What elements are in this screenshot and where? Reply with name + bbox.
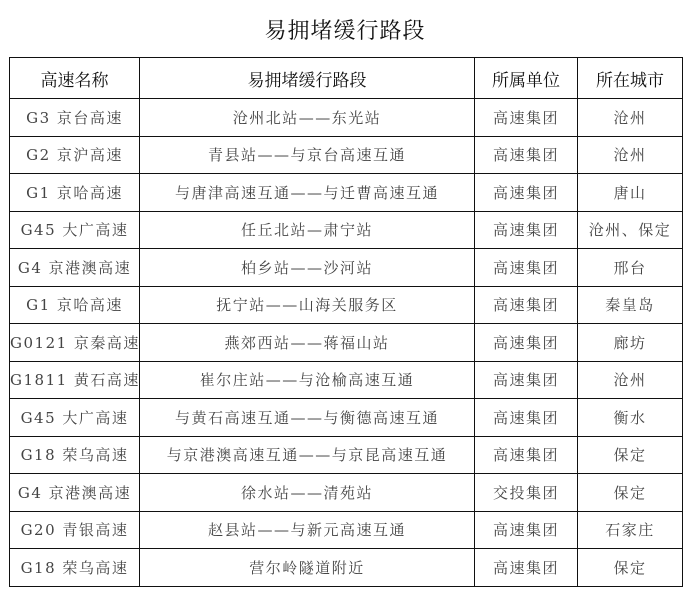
header-section: 易拥堵缓行路段	[140, 58, 475, 99]
table-row: G4 京港澳高速柏乡站——沙河站高速集团邢台	[10, 249, 683, 287]
section-cell: 与黄石高速互通——与衡德高速互通	[140, 399, 475, 437]
table-header-row: 高速名称 易拥堵缓行路段 所属单位 所在城市	[10, 58, 683, 99]
city-cell: 沧州	[578, 361, 683, 399]
table-row: G1 京哈高速与唐津高速互通——与迁曹高速互通高速集团唐山	[10, 174, 683, 212]
unit-cell: 交投集团	[475, 474, 578, 512]
road-name-cell: G4 京港澳高速	[10, 474, 140, 512]
section-cell: 任丘北站—肃宁站	[140, 211, 475, 249]
header-city: 所在城市	[578, 58, 683, 99]
section-cell: 崔尔庄站——与沧榆高速互通	[140, 361, 475, 399]
table-row: G1811 黄石高速崔尔庄站——与沧榆高速互通高速集团沧州	[10, 361, 683, 399]
unit-cell: 高速集团	[475, 549, 578, 587]
city-cell: 保定	[578, 436, 683, 474]
road-name-cell: G1 京哈高速	[10, 174, 140, 212]
city-cell: 保定	[578, 474, 683, 512]
road-name-cell: G1 京哈高速	[10, 286, 140, 324]
unit-cell: 高速集团	[475, 361, 578, 399]
table-row: G2 京沪高速青县站——与京台高速互通高速集团沧州	[10, 136, 683, 174]
city-cell: 唐山	[578, 174, 683, 212]
section-cell: 徐水站——清苑站	[140, 474, 475, 512]
table-row: G45 大广高速与黄石高速互通——与衡德高速互通高速集团衡水	[10, 399, 683, 437]
road-name-cell: G3 京台高速	[10, 99, 140, 137]
road-name-cell: G4 京港澳高速	[10, 249, 140, 287]
section-cell: 与唐津高速互通——与迁曹高速互通	[140, 174, 475, 212]
table-row: G20 青银高速赵县站——与新元高速互通高速集团石家庄	[10, 511, 683, 549]
road-name-cell: G45 大广高速	[10, 211, 140, 249]
header-road-name: 高速名称	[10, 58, 140, 99]
table-row: G3 京台高速沧州北站——东光站高速集团沧州	[10, 99, 683, 137]
city-cell: 沧州、保定	[578, 211, 683, 249]
city-cell: 沧州	[578, 99, 683, 137]
section-cell: 抚宁站——山海关服务区	[140, 286, 475, 324]
section-cell: 沧州北站——东光站	[140, 99, 475, 137]
unit-cell: 高速集团	[475, 174, 578, 212]
section-cell: 赵县站——与新元高速互通	[140, 511, 475, 549]
table-row: G45 大广高速任丘北站—肃宁站高速集团沧州、保定	[10, 211, 683, 249]
table-row: G18 荣乌高速营尔岭隧道附近高速集团保定	[10, 549, 683, 587]
section-cell: 营尔岭隧道附近	[140, 549, 475, 587]
unit-cell: 高速集团	[475, 99, 578, 137]
section-cell: 青县站——与京台高速互通	[140, 136, 475, 174]
city-cell: 邢台	[578, 249, 683, 287]
header-unit: 所属单位	[475, 58, 578, 99]
unit-cell: 高速集团	[475, 324, 578, 362]
table-row: G0121 京秦高速燕郊西站——蒋福山站高速集团廊坊	[10, 324, 683, 362]
table-row: G4 京港澳高速徐水站——清苑站交投集团保定	[10, 474, 683, 512]
city-cell: 廊坊	[578, 324, 683, 362]
unit-cell: 高速集团	[475, 399, 578, 437]
unit-cell: 高速集团	[475, 511, 578, 549]
road-name-cell: G18 荣乌高速	[10, 436, 140, 474]
congestion-table: 高速名称 易拥堵缓行路段 所属单位 所在城市 G3 京台高速沧州北站——东光站高…	[9, 57, 683, 587]
unit-cell: 高速集团	[475, 436, 578, 474]
city-cell: 保定	[578, 549, 683, 587]
document-title: 易拥堵缓行路段	[0, 14, 690, 45]
section-cell: 柏乡站——沙河站	[140, 249, 475, 287]
unit-cell: 高速集团	[475, 286, 578, 324]
unit-cell: 高速集团	[475, 249, 578, 287]
table-body: G3 京台高速沧州北站——东光站高速集团沧州G2 京沪高速青县站——与京台高速互…	[10, 99, 683, 587]
road-name-cell: G0121 京秦高速	[10, 324, 140, 362]
section-cell: 与京港澳高速互通——与京昆高速互通	[140, 436, 475, 474]
table-row: G18 荣乌高速与京港澳高速互通——与京昆高速互通高速集团保定	[10, 436, 683, 474]
road-name-cell: G1811 黄石高速	[10, 361, 140, 399]
road-name-cell: G20 青银高速	[10, 511, 140, 549]
city-cell: 石家庄	[578, 511, 683, 549]
road-name-cell: G18 荣乌高速	[10, 549, 140, 587]
road-name-cell: G2 京沪高速	[10, 136, 140, 174]
city-cell: 沧州	[578, 136, 683, 174]
city-cell: 衡水	[578, 399, 683, 437]
road-name-cell: G45 大广高速	[10, 399, 140, 437]
unit-cell: 高速集团	[475, 211, 578, 249]
section-cell: 燕郊西站——蒋福山站	[140, 324, 475, 362]
table-row: G1 京哈高速抚宁站——山海关服务区高速集团秦皇岛	[10, 286, 683, 324]
unit-cell: 高速集团	[475, 136, 578, 174]
city-cell: 秦皇岛	[578, 286, 683, 324]
